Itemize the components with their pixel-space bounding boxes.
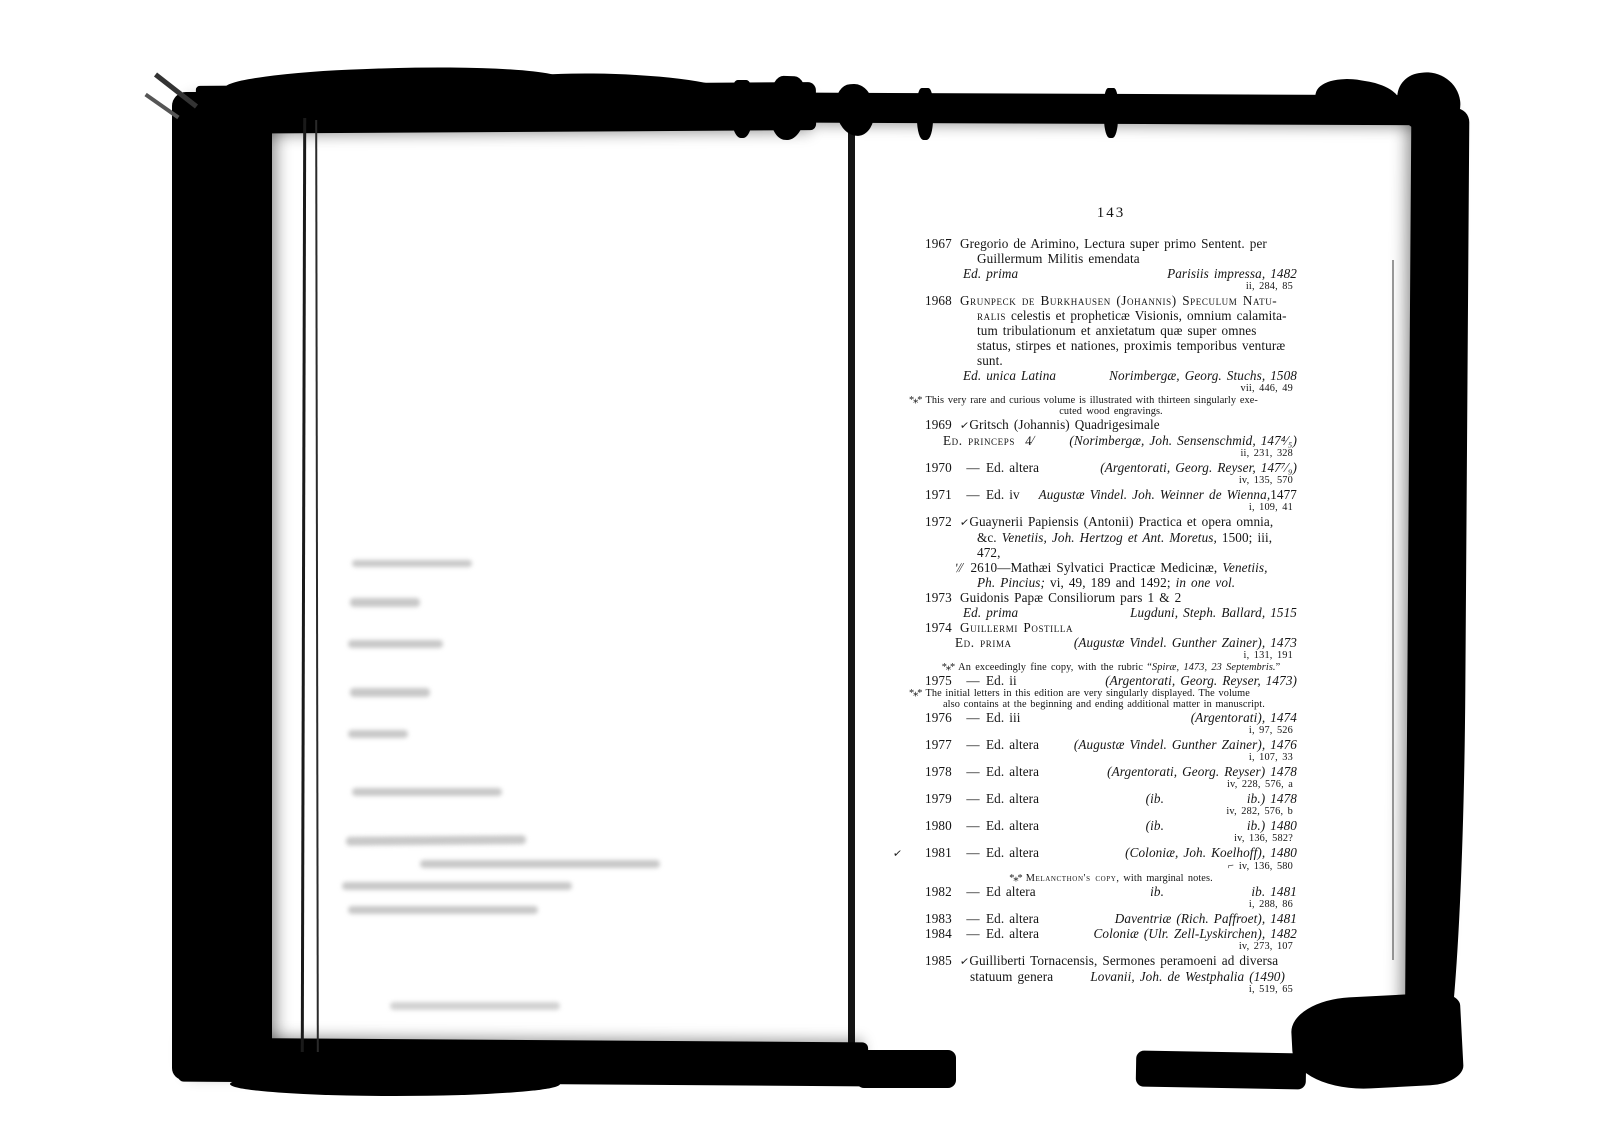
entry-number: 1971: [925, 487, 960, 502]
entry-number: 1984: [925, 926, 960, 941]
catalog-entry-1968: 1968Grunpeck de Burkhausen (Johannis) Sp…: [925, 293, 1297, 417]
ink-drip: [731, 80, 753, 138]
imprint: (Coloniæ, Joh. Koelhoff), 1480: [1125, 845, 1297, 860]
reference-numbers: i, 109, 41: [925, 502, 1297, 514]
edition-label: Ed. altera: [986, 911, 1039, 926]
ditto-dash: —: [960, 926, 986, 941]
entry-number: 1968: [925, 293, 960, 308]
edition-label: Ed. altera: [986, 926, 1039, 941]
entry-number: 1985: [925, 953, 960, 968]
imprint: Daventriæ (Rich. Paffroet), 1481: [1115, 911, 1297, 926]
reference-numbers: iv, 136, 582?: [925, 833, 1297, 845]
reference-numbers: ii, 284, 85: [925, 281, 1297, 293]
catalog-entry-1978: 1978— Ed. altera (Argentorati, Georg. Re…: [925, 764, 1297, 791]
ghost-text-smudge: [346, 835, 526, 846]
imprint: Lovanii, Joh. de Westphalia (1490): [1090, 969, 1297, 984]
entry-title-line: &c. Venetiis, Joh. Hertzog et Ant. Moret…: [925, 530, 1297, 560]
ditto-dash: —: [960, 487, 986, 502]
footnote: *⁎*Melancthon's copy, with marginal note…: [925, 873, 1297, 884]
edition-label: Ed altera: [986, 884, 1036, 899]
imprint: (Argentorati, Georg. Reyser) 1478: [1107, 764, 1297, 779]
entry-number: 1979: [925, 791, 960, 806]
ghost-text-smudge: [348, 906, 538, 914]
entry-number: 1978: [925, 764, 960, 779]
page-edge-line: [315, 120, 319, 1052]
ditto-dash: —: [960, 460, 986, 475]
imprint: (Augustæ Vindel. Gunther Zainer), 1473: [1074, 635, 1297, 650]
footnote: cuted wood engravings.: [925, 406, 1297, 417]
edition-line: Ed. prima Parisiis impressa, 1482: [925, 266, 1297, 281]
entry-title-line: Ph. Pincius; vi, 49, 189 and 1492; in on…: [925, 575, 1297, 590]
entry-title-line: 1969✓Gritsch (Johannis) Quadrigesimale: [925, 417, 1297, 433]
edition-line: Ed. prima (Augustæ Vindel. Gunther Zaine…: [925, 635, 1297, 650]
edition-line: 1977— Ed. altera (Augustæ Vindel. Gunthe…: [925, 737, 1297, 752]
edition-label: Ed. prima: [955, 635, 1012, 650]
edition-label: Ed. prima: [963, 266, 1018, 281]
asterism-mark: *⁎*: [909, 688, 921, 699]
asterism-mark: *⁎*: [909, 395, 921, 406]
ghost-text-smudge: [348, 640, 443, 648]
edition-label: statuum genera: [970, 969, 1053, 984]
edition-line: 1979— Ed. altera (ib. ib.) 1478: [925, 791, 1297, 806]
catalog-entry-1981: ✓ 1981— Ed. altera (Coloniæ, Joh. Koelho…: [925, 845, 1297, 884]
entry-title-line: sunt.: [925, 353, 1297, 368]
reference-numbers: i, 107, 33: [925, 752, 1297, 764]
catalog-entry-1975: 1975— Ed. ii (Argentorati, Georg. Reyser…: [925, 673, 1297, 710]
footnote: also contains at the beginning and endin…: [943, 699, 1333, 710]
imprint-ditto: ib.: [1150, 884, 1164, 899]
edition-label: Ed. prima: [963, 605, 1018, 620]
edition-line: 1978— Ed. altera (Argentorati, Georg. Re…: [925, 764, 1297, 779]
catalog-entry-1983: 1983— Ed. altera Daventriæ (Rich. Paffro…: [925, 911, 1297, 926]
edition-label: Ed. altera: [986, 818, 1039, 833]
reference-numbers: iv, 282, 576, b: [925, 806, 1297, 818]
reference-numbers: iv, 135, 570: [925, 475, 1297, 487]
page-edge-line: [301, 118, 306, 1052]
ditto-dash: —: [960, 710, 986, 725]
edition-line: 1976— Ed. iii (Argentorati), 1474: [925, 710, 1297, 725]
reference-numbers: vii, 446, 49: [925, 383, 1297, 395]
imprint: (Argentorati, Georg. Reyser, 147⁷⁄₉): [1100, 460, 1297, 475]
catalog-entry-1970: 1970— Ed. altera (Argentorati, Georg. Re…: [925, 460, 1297, 487]
entry-title-line: status, stirpes et nationes, proximis te…: [925, 338, 1297, 353]
ghost-text-smudge: [350, 598, 420, 607]
ink-blob: [230, 1072, 560, 1096]
imprint: Augustæ Vindel. Joh. Weinner de Wienna,: [1039, 487, 1271, 502]
scan-border-left: [172, 92, 272, 1080]
catalog-entry-1969: 1969✓Gritsch (Johannis) Quadrigesimale E…: [925, 417, 1297, 460]
reference-numbers: i, 288, 86: [925, 899, 1297, 911]
reference-numbers: i, 519, 65: [925, 984, 1297, 996]
edition-line: 1980— Ed. altera (ib. ib.) 1480: [925, 818, 1297, 833]
handwritten-annotation: '∕∕: [954, 560, 963, 576]
imprint: ib.) 1480: [1192, 818, 1297, 833]
ditto-dash: —: [960, 845, 986, 860]
imprint: ib. 1481: [1192, 884, 1297, 899]
edition-line: ✓ 1981— Ed. altera (Coloniæ, Joh. Koelho…: [925, 845, 1297, 860]
edition-line: 1975— Ed. ii (Argentorati, Georg. Reyser…: [925, 673, 1297, 688]
reference-numbers: i, 131, 191: [925, 650, 1297, 662]
book-spine-gutter-line: [848, 118, 855, 1058]
entry-number: 1972: [925, 514, 960, 529]
bottom-ink-patch: [1136, 1051, 1307, 1090]
entry-title-line: tum tribulationum et anxietatum quæ supe…: [925, 323, 1297, 338]
scanned-book-spread: 143 1967Gregorio de Arimino, Lectura sup…: [0, 0, 1599, 1129]
handwritten-annotation: 4∕: [1024, 433, 1034, 449]
imprint-ditto: (ib.: [1146, 818, 1164, 833]
catalog-entry-1972: 1972✓Guaynerii Papiensis (Antonii) Pract…: [925, 514, 1297, 590]
edition-line: Ed. unica Latina Norimbergæ, Georg. Stuc…: [925, 368, 1297, 383]
reference-numbers: ⌐ iv, 136, 580: [925, 860, 1297, 873]
edition-line: 1984— Ed. altera Coloniæ (Ulr. Zell-Lysk…: [925, 926, 1297, 941]
edition-line: Ed. prima Lugduni, Steph. Ballard, 1515: [925, 605, 1297, 620]
edition-line: Ed. princeps 4∕ (Norimbergæ, Joh. Sensen…: [925, 433, 1297, 448]
imprint: ib.) 1478: [1192, 791, 1297, 806]
ditto-dash: —: [960, 791, 986, 806]
edition-label: Ed. ii: [986, 673, 1017, 688]
edition-label: Ed. princeps: [943, 433, 1015, 448]
edition-label: Ed. iii: [986, 710, 1021, 725]
entry-number: 1980: [925, 818, 960, 833]
catalog-entry-1967: 1967Gregorio de Arimino, Lectura super p…: [925, 236, 1297, 293]
entry-title-line: '∕∕2610—Mathæi Sylvatici Practicæ Medici…: [925, 560, 1297, 575]
edition-line: statuum genera Lovanii, Joh. de Westphal…: [925, 969, 1297, 984]
reference-numbers: iv, 273, 107: [925, 941, 1297, 953]
catalog-entry-1984: 1984— Ed. altera Coloniæ (Ulr. Zell-Lysk…: [925, 926, 1297, 953]
catalog-entry-1976: 1976— Ed. iii (Argentorati), 1474 i, 97,…: [925, 710, 1297, 737]
imprint-ditto: (ib.: [1146, 791, 1164, 806]
footnote: *⁎*This very rare and curious volume is …: [909, 395, 1299, 406]
catalog-entry-1977: 1977— Ed. altera (Augustæ Vindel. Gunthe…: [925, 737, 1297, 764]
entry-number: 1975: [925, 673, 960, 688]
catalog-entry-1973: 1973Guidonis Papæ Consiliorum pars 1 & 2…: [925, 590, 1297, 620]
footnote: *⁎*An exceedingly fine copy, with the ru…: [925, 662, 1297, 673]
edition-line: 1982— Ed altera ib. ib. 1481: [925, 884, 1297, 899]
entry-number: 1982: [925, 884, 960, 899]
entry-number: 1976: [925, 710, 960, 725]
ink-drip: [917, 88, 933, 140]
ditto-dash: —: [960, 737, 986, 752]
ditto-dash: —: [960, 673, 986, 688]
catalog-entry-1974: 1974Guillermi Postilla Ed. prima (August…: [925, 620, 1297, 673]
checkmark-annotation: ✓: [892, 845, 903, 861]
imprint: Parisiis impressa, 1482: [1167, 266, 1297, 281]
entry-title-line: 1973Guidonis Papæ Consiliorum pars 1 & 2: [925, 590, 1297, 605]
ghost-text-smudge: [342, 882, 572, 890]
imprint: Coloniæ (Ulr. Zell-Lyskirchen), 1482: [1094, 926, 1298, 941]
imprint-year: 1477: [1270, 487, 1297, 502]
entry-title-line: 1985✓Guilliberti Tornacensis, Sermones p…: [925, 953, 1297, 969]
imprint: Lugduni, Steph. Ballard, 1515: [1130, 605, 1297, 620]
page-number: 143: [925, 206, 1297, 221]
ghost-text-smudge: [352, 560, 472, 567]
entry-number: 1973: [925, 590, 960, 605]
edition-label: Ed. iv: [986, 487, 1020, 502]
entry-title-line: ralis celestis et propheticæ Visionis, o…: [925, 308, 1297, 323]
page-edge-line: [1392, 260, 1394, 960]
entry-title-line: Guillermum Militis emendata: [925, 251, 1297, 266]
corner-ink-blob: [1290, 992, 1465, 1093]
imprint: (Argentorati, Georg. Reyser, 1473): [1105, 673, 1297, 688]
asterism-mark: *⁎*: [1009, 873, 1021, 884]
imprint: Norimbergæ, Georg. Stuchs, 1508: [1109, 368, 1297, 383]
entry-number: 1977: [925, 737, 960, 752]
edition-label: Ed. unica Latina: [963, 368, 1056, 383]
ink-drip: [769, 75, 807, 140]
reference-numbers: iv, 228, 576, a: [925, 779, 1297, 791]
ghost-text-smudge: [350, 688, 430, 697]
ditto-dash: —: [960, 911, 986, 926]
catalog-entry-1979: 1979— Ed. altera (ib. ib.) 1478 iv, 282,…: [925, 791, 1297, 818]
entry-title-line: 1974Guillermi Postilla: [925, 620, 1297, 635]
right-page: 143 1967Gregorio de Arimino, Lectura sup…: [925, 206, 1297, 996]
catalog-entry-1982: 1982— Ed altera ib. ib. 1481 i, 288, 86: [925, 884, 1297, 911]
edition-label: Ed. altera: [986, 845, 1039, 860]
entry-title-line: 1967Gregorio de Arimino, Lectura super p…: [925, 236, 1297, 251]
edition-line: 1983— Ed. altera Daventriæ (Rich. Paffro…: [925, 911, 1297, 926]
entry-number: 1969: [925, 417, 960, 432]
catalog-entry-1985: 1985✓Guilliberti Tornacensis, Sermones p…: [925, 953, 1297, 996]
edition-line: 1970— Ed. altera (Argentorati, Georg. Re…: [925, 460, 1297, 475]
entry-number: 1974: [925, 620, 960, 635]
ghost-text-smudge: [348, 730, 408, 738]
edition-label: Ed. altera: [986, 791, 1039, 806]
ditto-dash: —: [960, 884, 986, 899]
entry-number: 1967: [925, 236, 960, 251]
reference-numbers: ii, 231, 328: [925, 448, 1297, 460]
edition-label: Ed. altera: [986, 737, 1039, 752]
entry-title-line: 1968Grunpeck de Burkhausen (Johannis) Sp…: [925, 293, 1297, 308]
edition-label: Ed. altera: [986, 460, 1039, 475]
ghost-text-smudge: [390, 1002, 560, 1010]
ghost-text-smudge: [352, 788, 502, 796]
ditto-dash: —: [960, 818, 986, 833]
ghost-text-smudge: [420, 860, 660, 868]
entry-title-line: 1972✓Guaynerii Papiensis (Antonii) Pract…: [925, 514, 1297, 530]
imprint: (Argentorati), 1474: [1191, 710, 1297, 725]
catalog-entry-1980: 1980— Ed. altera (ib. ib.) 1480 iv, 136,…: [925, 818, 1297, 845]
imprint: (Norimbergæ, Joh. Sensenschmid, 147⁴⁄₅): [1069, 433, 1297, 448]
scan-border-right: [1405, 108, 1470, 1076]
entry-number: 1983: [925, 911, 960, 926]
footnote: *⁎*The initial letters in this edition a…: [909, 688, 1299, 699]
asterism-mark: *⁎*: [942, 662, 954, 673]
edition-line: 1971— Ed. iv Augustæ Vindel. Joh. Weinne…: [925, 487, 1297, 502]
ink-drip: [1104, 88, 1118, 138]
entry-number: 1981: [925, 845, 960, 860]
handwritten-annotation: ⌐: [1226, 860, 1235, 873]
spine-top-ink-blob: [835, 83, 876, 137]
edition-label: Ed. altera: [986, 764, 1039, 779]
ditto-dash: —: [960, 764, 986, 779]
catalog-entry-1971: 1971— Ed. iv Augustæ Vindel. Joh. Weinne…: [925, 487, 1297, 514]
entry-number: 1970: [925, 460, 960, 475]
bottom-ink-patch: [856, 1050, 956, 1088]
reference-numbers: i, 97, 526: [925, 725, 1297, 737]
imprint: (Augustæ Vindel. Gunther Zainer), 1476: [1074, 737, 1297, 752]
